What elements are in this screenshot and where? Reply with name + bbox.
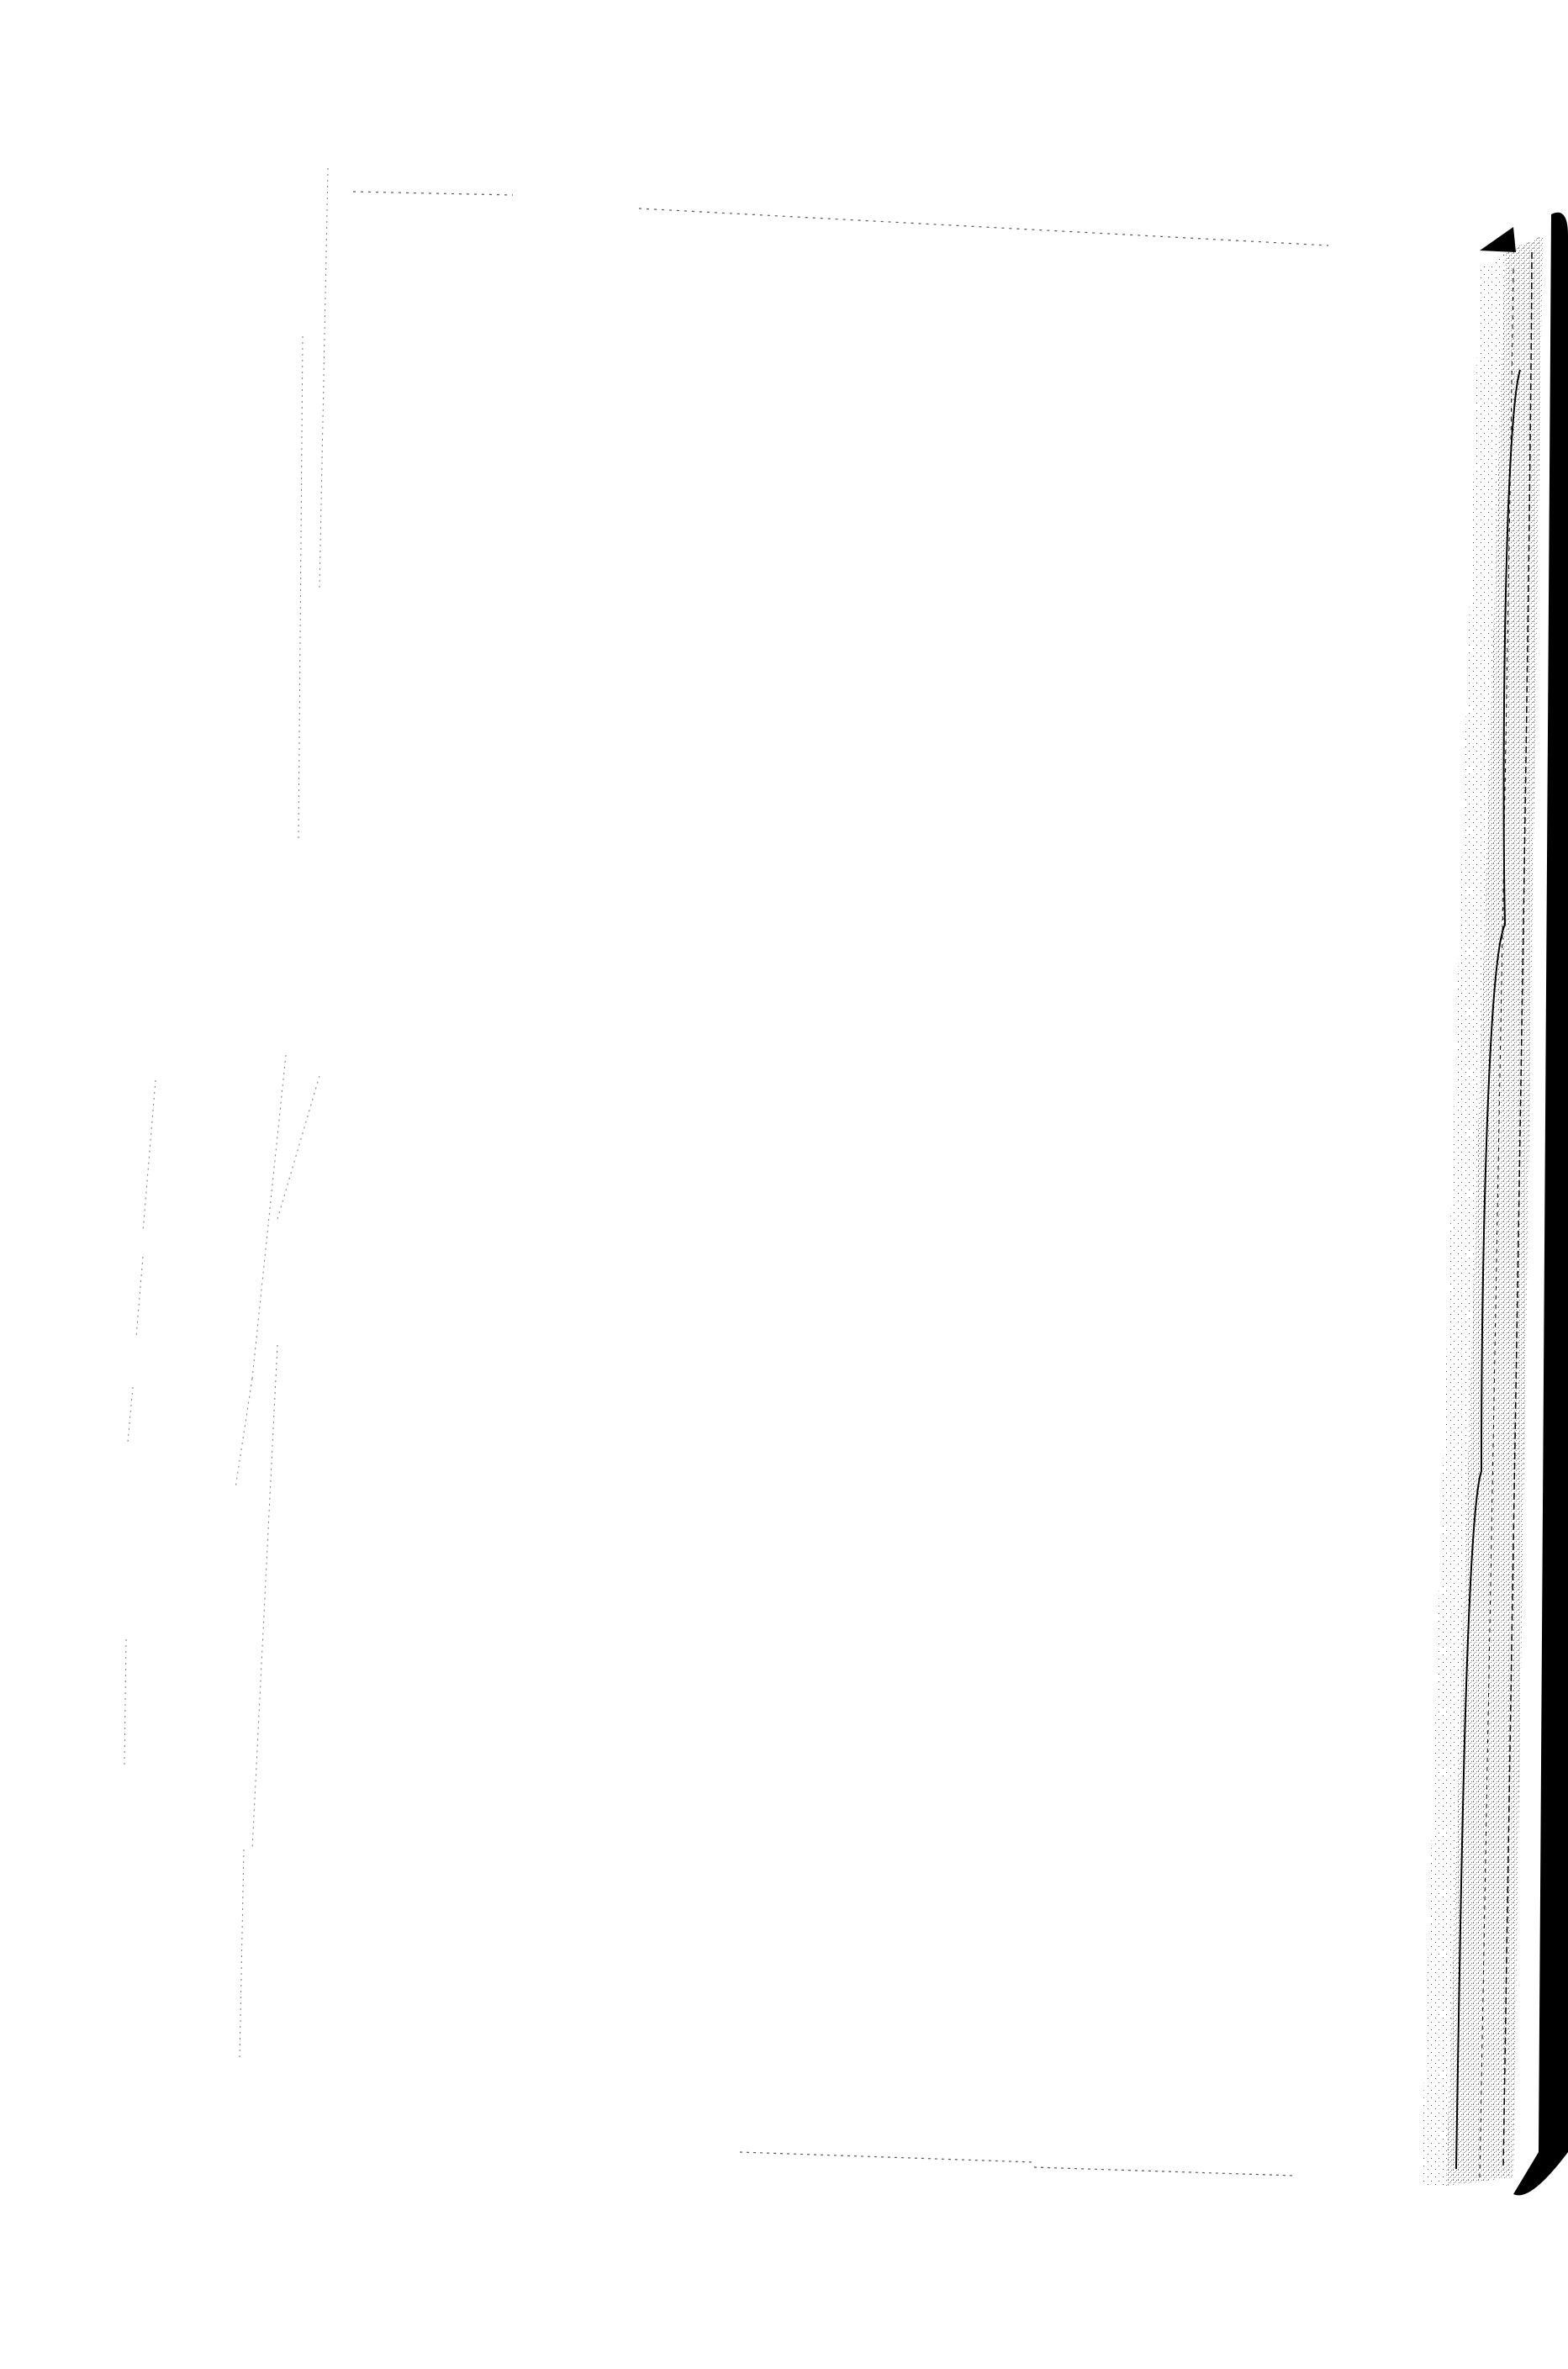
bottom-rule-line bbox=[740, 2152, 1295, 2176]
book-binding-edge bbox=[1421, 213, 1568, 2196]
bleed-through-marks bbox=[124, 168, 328, 2060]
scanned-page: Blank scanned page with faint rule lines… bbox=[0, 0, 1568, 2369]
top-rule-line bbox=[353, 192, 1328, 245]
page-scan-artwork bbox=[0, 0, 1568, 2369]
